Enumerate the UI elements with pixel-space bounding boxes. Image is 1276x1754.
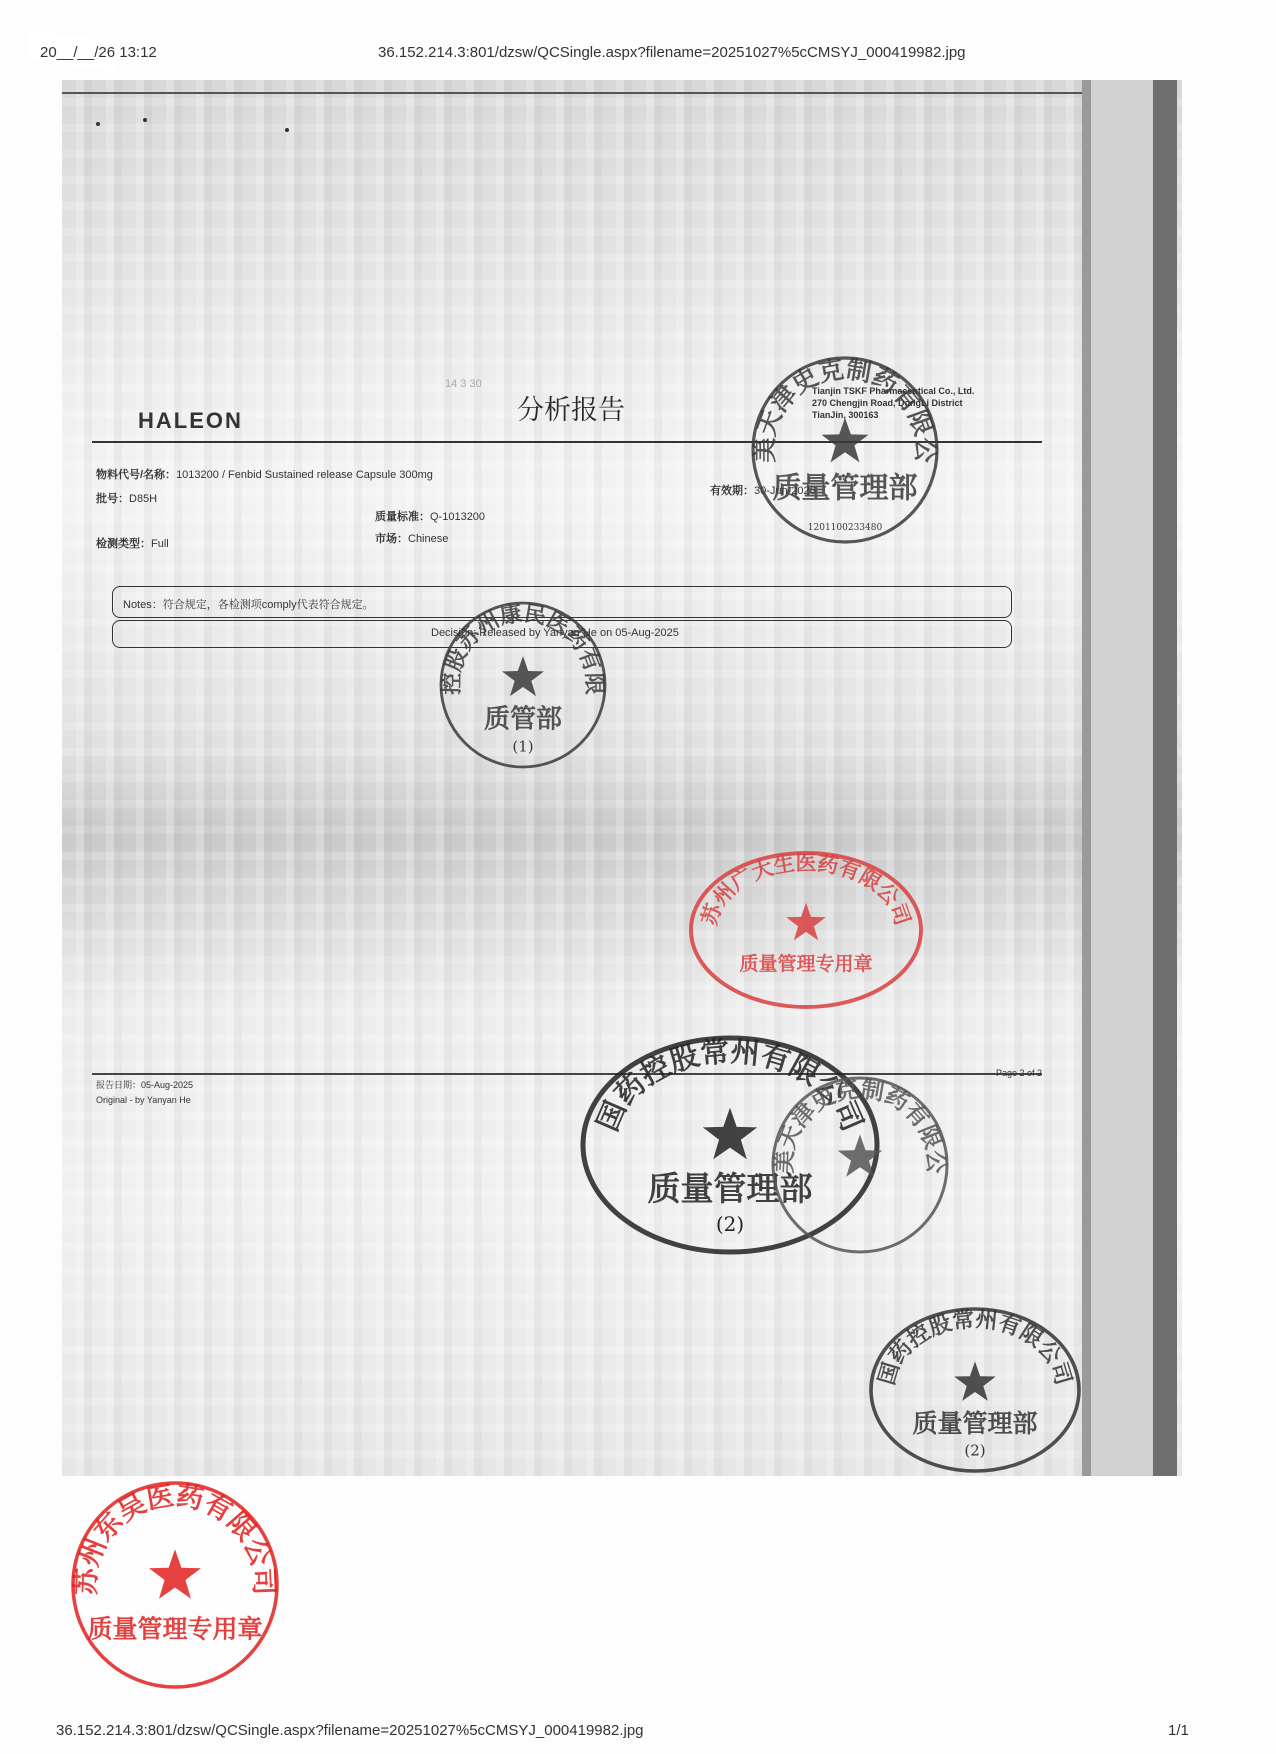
dasheng-red-stamp: 苏州广大生医药有限公司质量管理专用章 xyxy=(688,850,924,1010)
speck xyxy=(96,122,100,126)
svg-text:(2): (2) xyxy=(716,1212,744,1236)
changzhou-small-stamp: 国药控股常州有限公司质量管理部(2) xyxy=(868,1306,1082,1474)
market-field: 市场：Chinese xyxy=(375,530,448,546)
overlapping-round-stamp: 中美天津史克制药有限公司 xyxy=(770,1075,950,1255)
svg-text:质量管理专用章: 质量管理专用章 xyxy=(739,952,872,975)
zhiguan-1-stamp: 国药控股苏州康民医药有限公司质管部(1) xyxy=(438,600,608,770)
print-datetime: 20__/__/26 13:12 xyxy=(40,44,157,61)
speck xyxy=(143,118,147,122)
notes-text: Notes：符合规定，各检测项comply代表符合规定。 xyxy=(123,596,374,612)
spec-label: 质量标准： xyxy=(375,511,430,523)
speck xyxy=(285,128,289,132)
material-field: 物料代号/名称：1013200 / Fenbid Sustained relea… xyxy=(96,466,433,482)
svg-text:1201100233480: 1201100233480 xyxy=(808,523,883,533)
svg-text:(2): (2) xyxy=(964,1442,985,1460)
batch-field: 批号：D85H xyxy=(96,490,157,506)
market-label: 市场： xyxy=(375,533,408,545)
print-footer-url: 36.152.214.3:801/dzsw/QCSingle.aspx?file… xyxy=(56,1722,644,1739)
haleon-logo: HALEON xyxy=(138,408,243,434)
print-header-url: 36.152.214.3:801/dzsw/QCSingle.aspx?file… xyxy=(378,44,966,61)
expiry-label: 有效期： xyxy=(710,485,754,497)
dongwu-red-stamp: 苏州东吴医药有限公司质量管理专用章 xyxy=(70,1480,280,1690)
svg-text:(1): (1) xyxy=(512,737,533,755)
material-value: 1013200 / Fenbid Sustained release Capsu… xyxy=(176,469,433,481)
report-date: 报告日期：05-Aug-2025 xyxy=(96,1078,193,1091)
test-type-label: 检测类型： xyxy=(96,538,151,550)
page-of: Page 2 of 2 xyxy=(996,1068,1042,1078)
test-type-value: Full xyxy=(151,538,169,550)
svg-text:质量管理部: 质量管理部 xyxy=(772,471,917,505)
scanned-report-page xyxy=(62,80,1182,1476)
report-title: 分析报告 xyxy=(517,388,625,427)
scan-edge xyxy=(1082,80,1091,1476)
svg-text:质量管理部: 质量管理部 xyxy=(912,1409,1037,1438)
top-rule xyxy=(62,92,1082,94)
print-page-number: 1/1 xyxy=(1168,1722,1189,1739)
material-label: 物料代号/名称： xyxy=(96,469,176,481)
test-type-field: 检测类型：Full xyxy=(96,535,169,551)
faint-mark: 14 3 30 xyxy=(445,378,482,390)
scan-edge xyxy=(1153,80,1177,1476)
svg-text:质管部: 质管部 xyxy=(484,704,562,735)
scan-edge xyxy=(1091,80,1153,1476)
market-value: Chinese xyxy=(408,533,448,545)
tianjin-qa-stamp: 中美天津史克制药有限公司质量管理部1201100233480 xyxy=(750,355,940,545)
batch-value: D85H xyxy=(129,493,157,505)
svg-text:质量管理专用章: 质量管理专用章 xyxy=(87,1615,262,1644)
spec-value: Q-1013200 xyxy=(430,511,485,523)
original-by: Original - by Yanyan He xyxy=(96,1095,191,1105)
batch-label: 批号： xyxy=(96,493,129,505)
spec-field: 质量标准：Q-1013200 xyxy=(375,508,485,524)
